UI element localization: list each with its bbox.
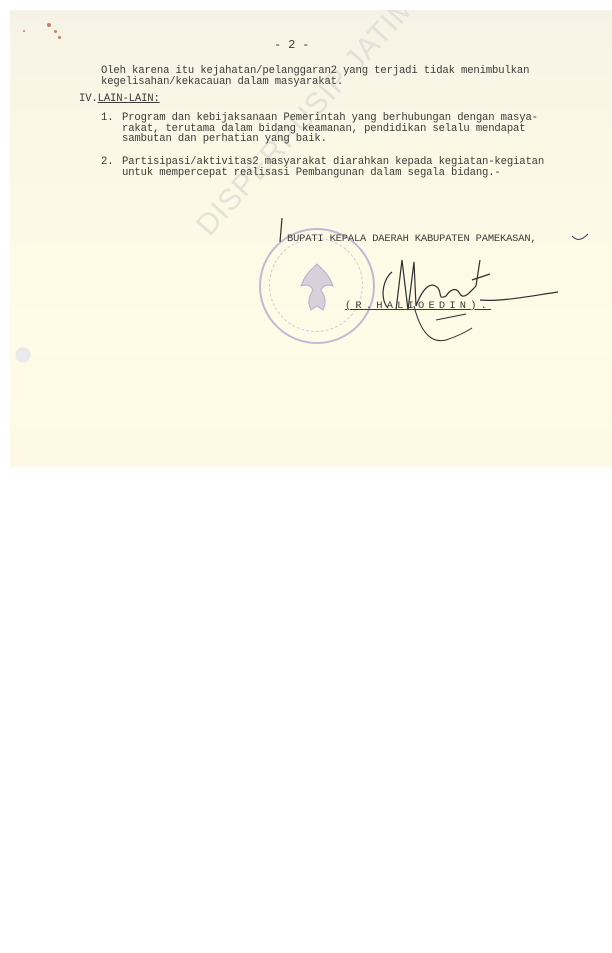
punch-hole	[16, 348, 30, 362]
signatory-name: (R.HALIOEDIN).	[345, 301, 491, 312]
handwritten-signature-icon	[10, 10, 612, 467]
scanned-document-page: DISPERPUSIP JATIM - 2 - Oleh karena itu …	[10, 10, 612, 467]
